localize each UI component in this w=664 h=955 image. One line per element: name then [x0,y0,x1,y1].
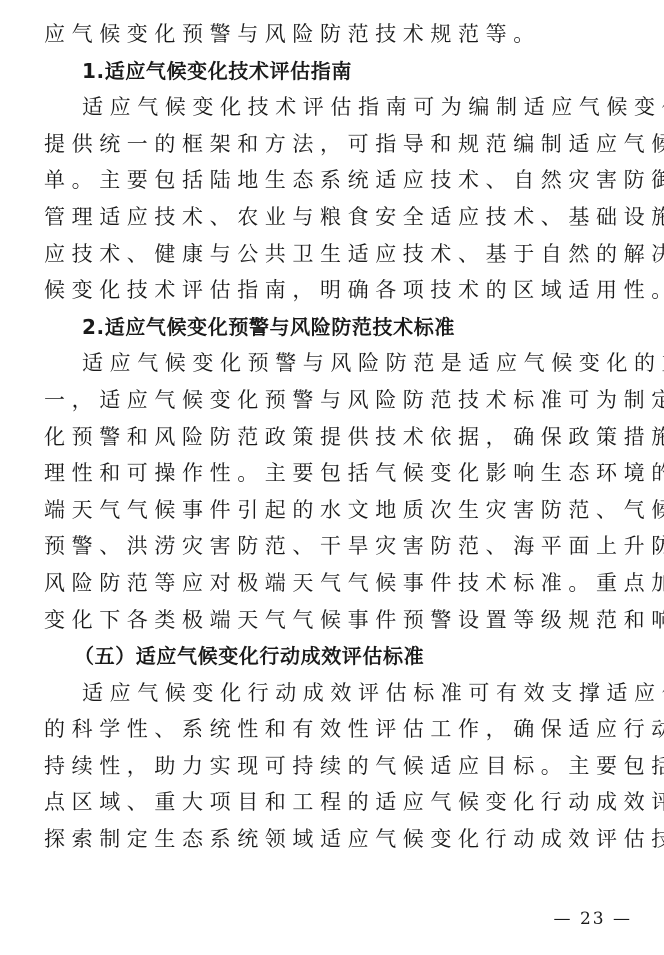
paragraph-line: 管理适应技术、农业与粮食安全适应技术、基础设施与重大工程适 [44,199,634,236]
paragraph-line: 理性和可操作性。主要包括气候变化影响生态环境的预警防控、极 [44,455,634,492]
paragraph-line: 端天气气候事件引起的水文地质次生灾害防范、气候异常的监测与 [44,492,634,529]
paragraph-line: 单。主要包括陆地生态系统适应技术、自然灾害防御技术、水资源 [44,162,634,199]
paragraph-line: 风险防范等应对极端天气气候事件技术标准。重点加快制定应对气候 [44,565,634,602]
paragraph-line: 应技术、健康与公共卫生适应技术、基于自然的解决方案等适应气 [44,236,634,273]
paragraph-line: 化预警和风险防范政策提供技术依据，确保政策措施的科学性、合 [44,419,634,456]
paragraph-line: 提供统一的框架和方法，可指导和规范编制适应气候变化的技术清 [44,126,634,163]
paragraph-line: 点区域、重大项目和工程的适应气候变化行动成效评估标准。重点 [44,784,634,821]
paragraph-line: 探索制定生态系统领域适应气候变化行动成效评估技术规范。 [44,821,634,858]
paragraph-line: 适应气候变化预警与风险防范是适应气候变化的重要举措之 [44,345,634,382]
section-heading-1: 1.适应气候变化技术评估指南 [44,53,634,90]
paragraph-line: 持续性，助力实现可持续的气候适应目标。主要包括重点领域、重 [44,748,634,785]
paragraph-line: 一，适应气候变化预警与风险防范技术标准可为制定和实施气候变 [44,382,634,419]
body-line-continuation: 应气候变化预警与风险防范技术规范等。 [44,16,634,53]
document-page: 应气候变化预警与风险防范技术规范等。 1.适应气候变化技术评估指南 适应气候变化… [44,16,634,858]
paragraph-line: 的科学性、系统性和有效性评估工作，确保适应行动的有效性和可 [44,711,634,748]
section-heading-5: （五）适应气候变化行动成效评估标准 [44,638,634,675]
paragraph-line: 预警、洪涝灾害防范、干旱灾害防范、海平面上升防范和健康卫生 [44,528,634,565]
paragraph-line: 候变化技术评估指南，明确各项技术的区域适用性。 [44,272,634,309]
section-heading-2: 2.适应气候变化预警与风险防范技术标准 [44,309,634,346]
paragraph-line: 适应气候变化行动成效评估标准可有效支撑适应气候变化行动 [44,675,634,712]
paragraph-line: 适应气候变化技术评估指南可为编制适应气候变化技术清单 [44,89,634,126]
page-number: — 23 — [554,909,632,929]
paragraph-line: 变化下各类极端天气气候事件预警设置等级规范和响应机制标准。 [44,602,634,639]
